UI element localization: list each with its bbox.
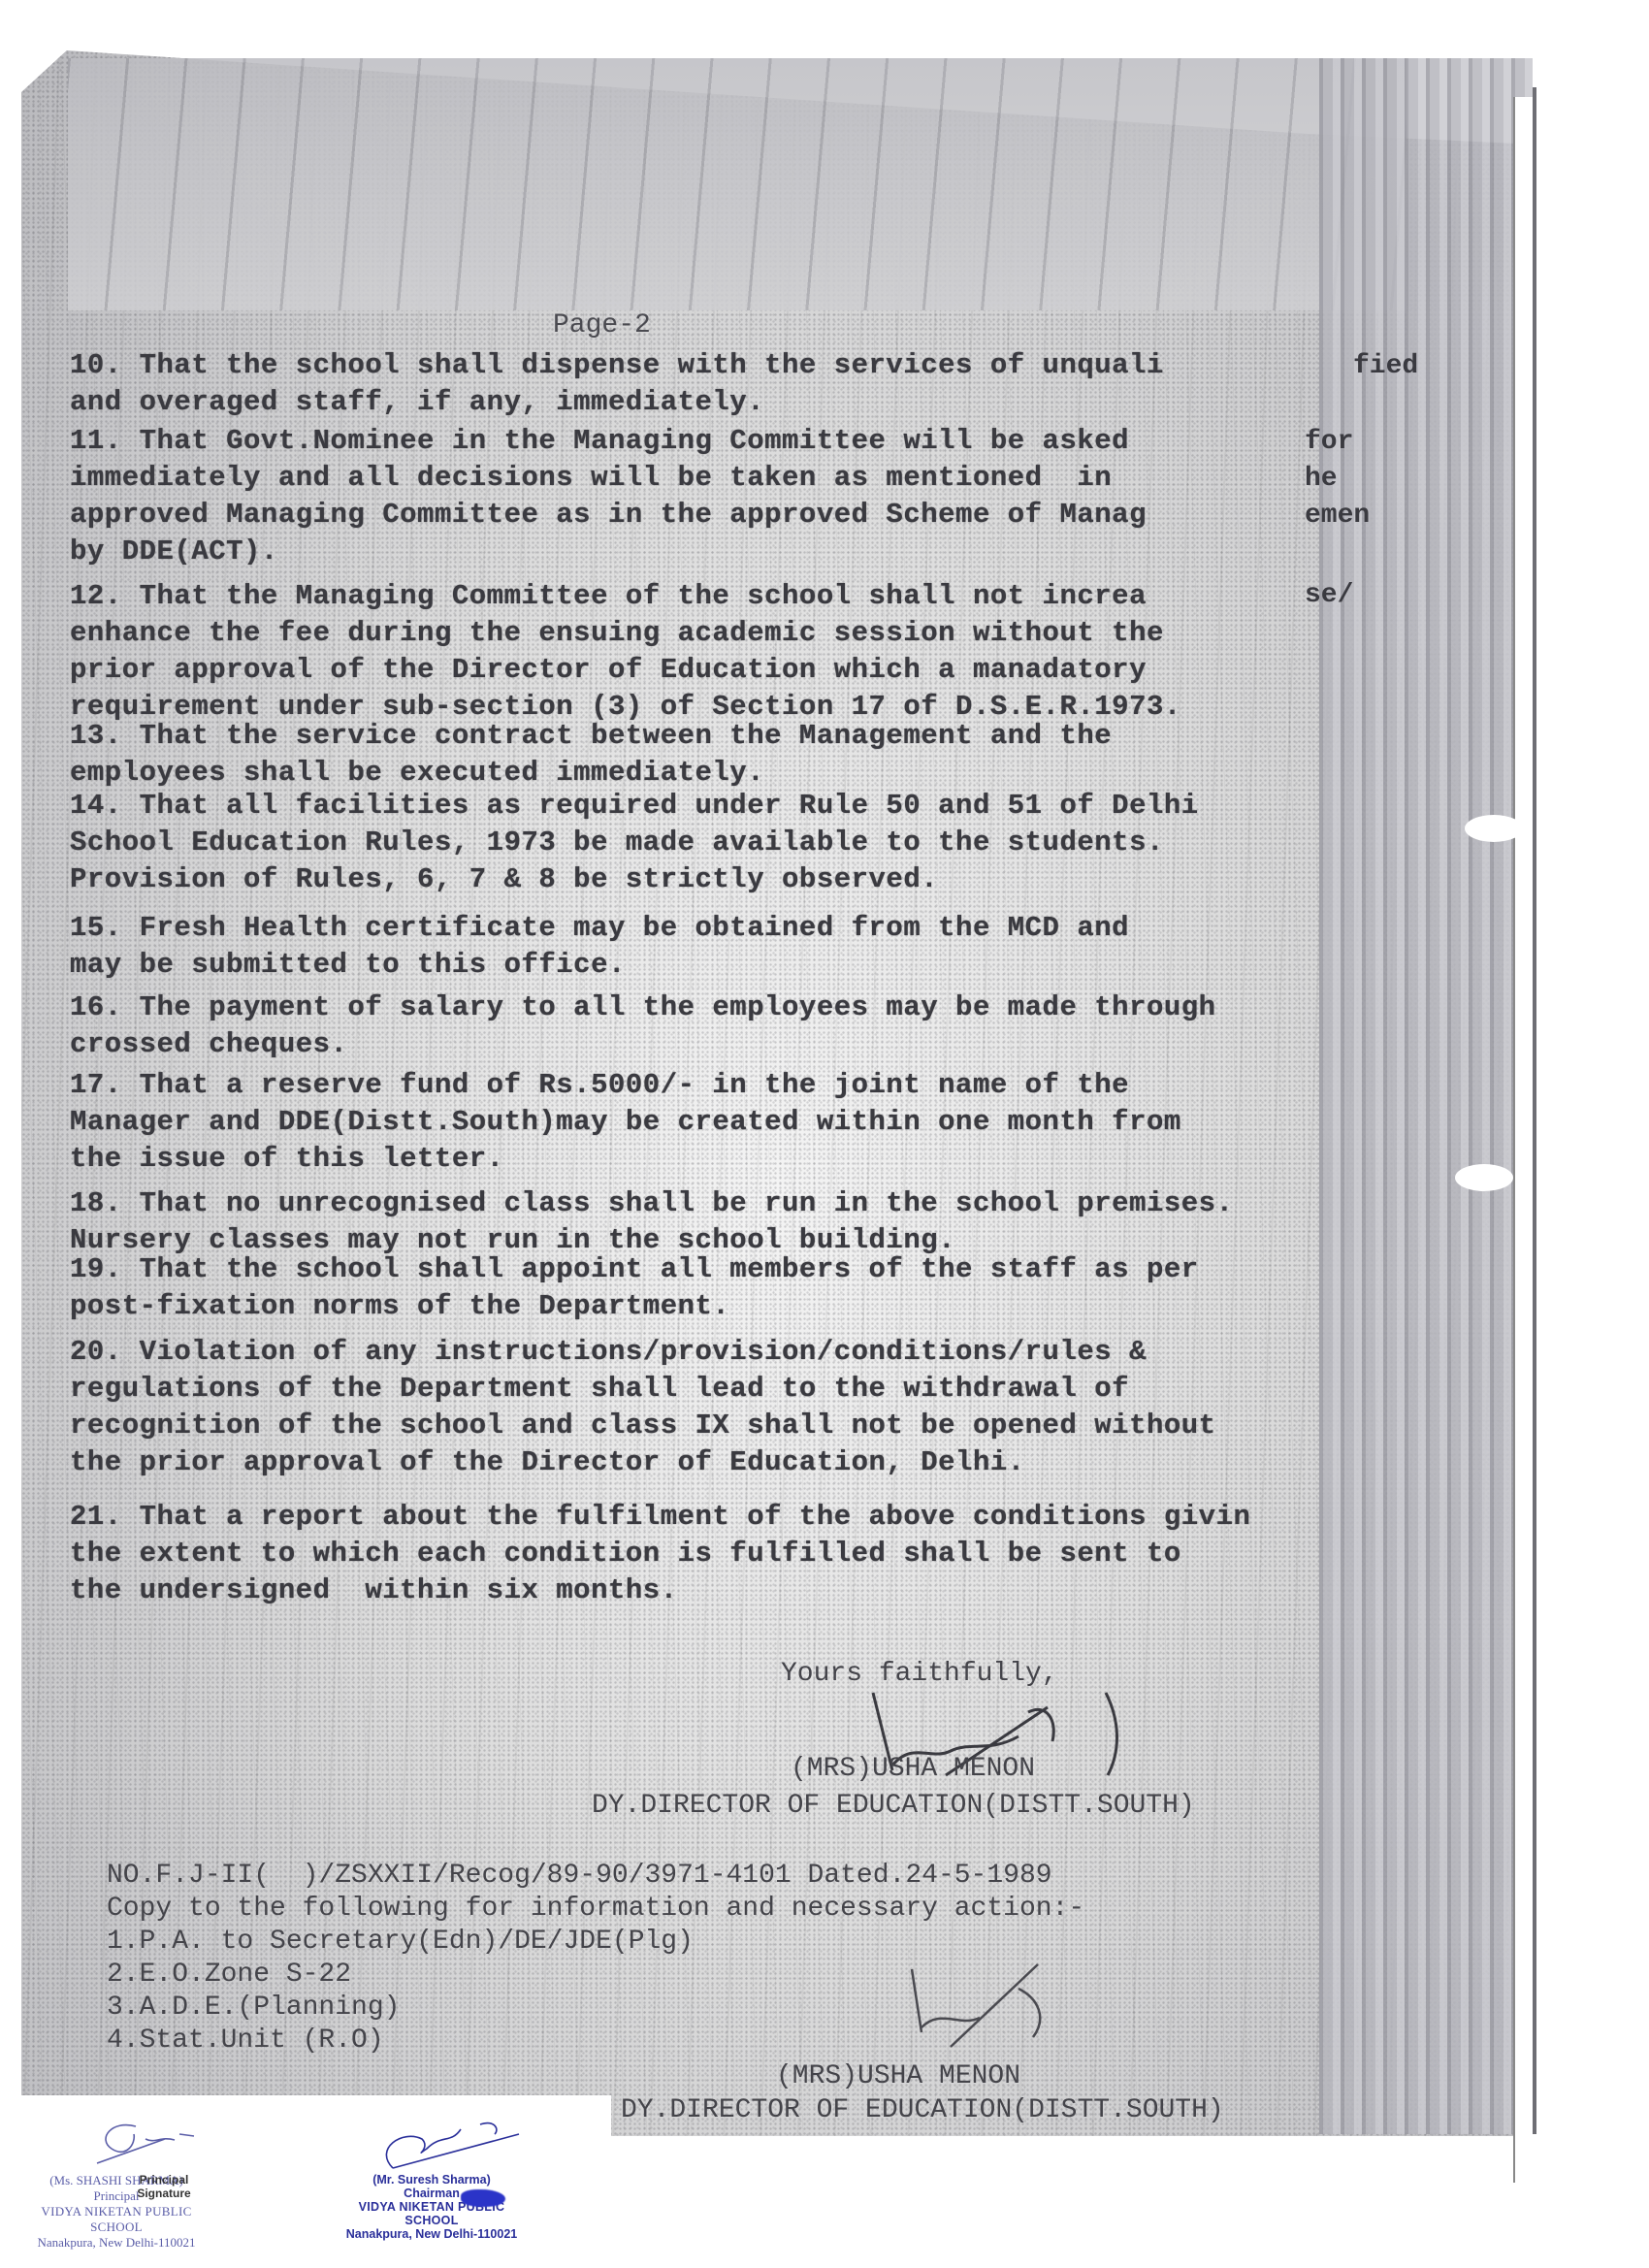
condition-continuation: post-fixation norms of the Department.	[70, 1288, 729, 1325]
condition-continuation: School Education Rules, 1973 be made ava…	[70, 825, 1164, 861]
margin-note: se/	[1305, 580, 1353, 610]
letter-body: Page-2 10. That the school shall dispens…	[0, 0, 1649, 2268]
principal-stamp: (Ms. SHASHI SHARMA) Principal VIDYA NIKE…	[19, 2115, 213, 2241]
ink-smudge	[461, 2189, 505, 2207]
condition-continuation: Provision of Rules, 6, 7 & 8 be strictly…	[70, 861, 938, 898]
signature-usha-menon-2	[892, 1950, 1115, 2057]
chairman-signature	[335, 2120, 529, 2173]
principal-signature-label: Principal Signature	[114, 2173, 213, 2200]
condition-item: 11. That Govt.Nominee in the Managing Co…	[70, 423, 1129, 460]
condition-item: 15. Fresh Health certificate may be obta…	[70, 910, 1129, 947]
copy-to-item: 4.Stat.Unit (R.O)	[107, 2025, 384, 2056]
margin-note: emen	[1305, 501, 1370, 531]
condition-item: 12. That the Managing Committee of the s…	[70, 578, 1147, 615]
condition-continuation: the extent to which each condition is fu…	[70, 1536, 1181, 1572]
condition-item: 10. That the school shall dispense with …	[70, 347, 1164, 384]
signatory-title-2: DY.DIRECTOR OF EDUCATION(DISTT.SOUTH)	[621, 2095, 1224, 2125]
condition-continuation: may be submitted to this office.	[70, 947, 626, 984]
condition-continuation: employees shall be executed immediately.	[70, 755, 764, 792]
principal-school: VIDYA NIKETAN PUBLIC SCHOOL	[19, 2204, 213, 2235]
chairman-address: Nanakpura, New Delhi-110021	[335, 2227, 529, 2241]
signatory-title: DY.DIRECTOR OF EDUCATION(DISTT.SOUTH)	[592, 1791, 1195, 1821]
condition-continuation: crossed cheques.	[70, 1026, 347, 1063]
condition-item: 19. That the school shall appoint all me…	[70, 1251, 1199, 1288]
condition-item: 17. That a reserve fund of Rs.5000/- in …	[70, 1067, 1129, 1104]
condition-continuation: prior approval of the Director of Educat…	[70, 652, 1147, 689]
condition-continuation: Manager and DDE(Distt.South)may be creat…	[70, 1104, 1181, 1141]
signatory-name-2: (MRS)USHA MENON	[776, 2061, 1020, 2091]
margin-note: for	[1305, 427, 1353, 457]
condition-continuation: approved Managing Committee as in the ap…	[70, 497, 1147, 534]
condition-item: 20. Violation of any instructions/provis…	[70, 1334, 1147, 1371]
copy-to-item: 1.P.A. to Secretary(Edn)/DE/JDE(Plg)	[107, 1927, 694, 1957]
condition-continuation: immediately and all decisions will be ta…	[70, 460, 1112, 497]
margin-note: he	[1305, 464, 1338, 494]
condition-continuation: enhance the fee during the ensuing acade…	[70, 615, 1164, 652]
copy-to-item: 2.E.O.Zone S-22	[107, 1960, 351, 1990]
chairman-name: (Mr. Suresh Sharma)	[335, 2173, 529, 2187]
condition-item: 16. The payment of salary to all the emp…	[70, 989, 1216, 1026]
condition-continuation: the undersigned within six months.	[70, 1572, 678, 1609]
condition-continuation: and overaged staff, if any, immediately.	[70, 384, 764, 421]
condition-continuation: recognition of the school and class IX s…	[70, 1408, 1216, 1444]
margin-note: fied	[1353, 351, 1418, 381]
reference-number: NO.F.J-II( )/ZSXXII/Recog/89-90/3971-410…	[107, 1861, 1052, 1891]
page-label: Page-2	[553, 310, 651, 340]
chairman-stamp: (Mr. Suresh Sharma) Chairman VIDYA NIKET…	[335, 2120, 529, 2246]
principal-address: Nanakpura, New Delhi-110021	[19, 2235, 213, 2251]
condition-continuation: the prior approval of the Director of Ed…	[70, 1444, 1025, 1481]
signatory-name: (MRS)USHA MENON	[791, 1754, 1035, 1784]
condition-continuation: by DDE(ACT).	[70, 534, 278, 570]
condition-item: 13. That the service contract between th…	[70, 718, 1112, 755]
condition-continuation: regulations of the Department shall lead…	[70, 1371, 1129, 1408]
copy-to-heading: Copy to the following for information an…	[107, 1894, 1084, 1924]
condition-item: 21. That a report about the fulfilment o…	[70, 1499, 1250, 1536]
condition-continuation: the issue of this letter.	[70, 1141, 504, 1178]
copy-to-item: 3.A.D.E.(Planning)	[107, 1993, 400, 2023]
condition-item: 14. That all facilities as required unde…	[70, 788, 1199, 825]
condition-item: 18. That no unrecognised class shall be …	[70, 1185, 1234, 1222]
principal-signature	[19, 2115, 213, 2173]
